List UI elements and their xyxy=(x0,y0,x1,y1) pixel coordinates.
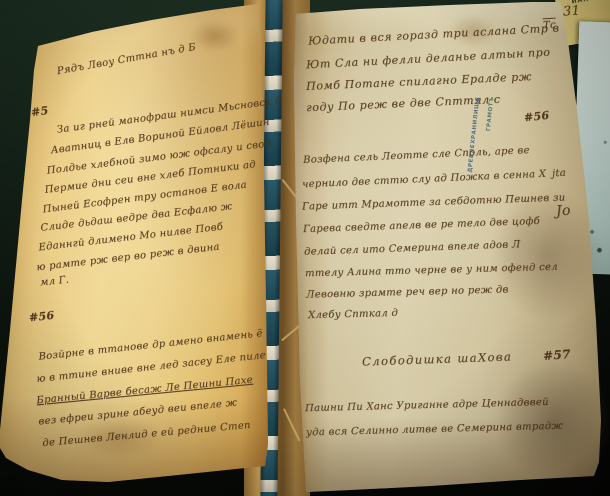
photo-open-manuscript-book: ИАН Рядъ Лвоу Сттна нъ д Б #5 За иг рней… xyxy=(0,0,610,496)
manuscript-line: Хлебу Спткал д xyxy=(308,308,398,321)
paper-stain xyxy=(492,190,602,320)
margin-mark: Јо xyxy=(555,203,571,220)
entry-mark-56-right: #56 xyxy=(523,109,550,125)
entry-mark-56-left: #56 xyxy=(28,309,55,325)
margin-mark: јtа xyxy=(552,168,567,180)
page-number: 31 xyxy=(562,3,580,19)
stamp-text-line2: ГРАМОТЪ xyxy=(486,96,496,131)
entry-mark-57: #57 xyxy=(543,347,572,363)
entry-mark-5: #5 xyxy=(30,104,49,119)
